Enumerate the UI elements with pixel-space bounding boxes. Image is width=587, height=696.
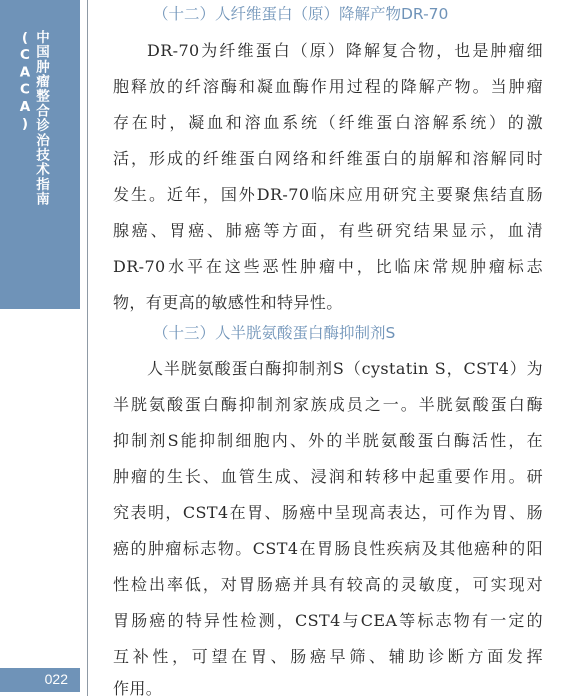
paragraph-line: 癌的肿瘤标志物。CST4在胃肠良性疾病及其他癌种的阳 <box>113 536 543 559</box>
section-heading-13: （十三）人半胱氨酸蛋白酶抑制剂S <box>153 321 395 343</box>
paragraph-line: 究表明，CST4在胃、肠癌中呈现高表达，可作为胃、肠 <box>113 500 543 523</box>
paragraph-line: 存在时，凝血和溶血系统（纤维蛋白溶解系统）的激 <box>113 110 543 133</box>
paragraph-line: 物，有更高的敏感性和特异性。 <box>113 290 343 313</box>
margin-divider <box>87 0 88 696</box>
paragraph-line: 活，形成的纤维蛋白网络和纤维蛋白的崩解和溶解同时 <box>113 146 543 169</box>
paragraph-line: 胞释放的纤溶酶和凝血酶作用过程的降解产物。当肿瘤 <box>113 74 543 97</box>
paragraph-line: 互补性，可望在胃、肠癌早筛、辅助诊断方面发挥 <box>113 644 543 667</box>
section-heading-12: （十二）人纤维蛋白（原）降解产物DR-70 <box>153 2 448 24</box>
paragraph-line: 肿瘤的生长、血管生成、浸润和转移中起重要作用。研 <box>113 464 543 487</box>
book-title: 中国肿瘤整合诊治技术指南(CACA) <box>33 30 49 309</box>
paragraph-line: DR-70水平在这些恶性肿瘤中，比临床常规肿瘤标志 <box>113 254 543 277</box>
paragraph-line: 发生。近年，国外DR-70临床应用研究主要聚焦结直肠 <box>113 182 543 205</box>
paragraph-line: 胃肠癌的特异性检测，CST4与CEA等标志物有一定的 <box>113 608 543 631</box>
paragraph-line: 半胱氨酸蛋白酶抑制剂家族成员之一。半胱氨酸蛋白酶 <box>113 392 543 415</box>
sidebar-band: 中国肿瘤整合诊治技术指南(CACA) <box>0 0 80 309</box>
paragraph-line: 抑制剂S能抑制细胞内、外的半胱氨酸蛋白酶活性，在 <box>113 428 543 451</box>
paragraph-line: 腺癌、胃癌、肺癌等方面，有些研究结果显示，血清 <box>113 218 543 241</box>
page-number: 022 <box>45 671 68 687</box>
paragraph-line: 人半胱氨酸蛋白酶抑制剂S（cystatin S，CST4）为 <box>147 356 543 379</box>
page-number-band: 022 <box>0 668 80 692</box>
paragraph-line: DR-70为纤维蛋白（原）降解复合物，也是肿瘤细 <box>147 38 543 61</box>
paragraph-line: 性检出率低，对胃肠癌并具有较高的灵敏度，可实现对 <box>113 572 543 595</box>
paragraph-line: 作用。 <box>113 676 162 696</box>
